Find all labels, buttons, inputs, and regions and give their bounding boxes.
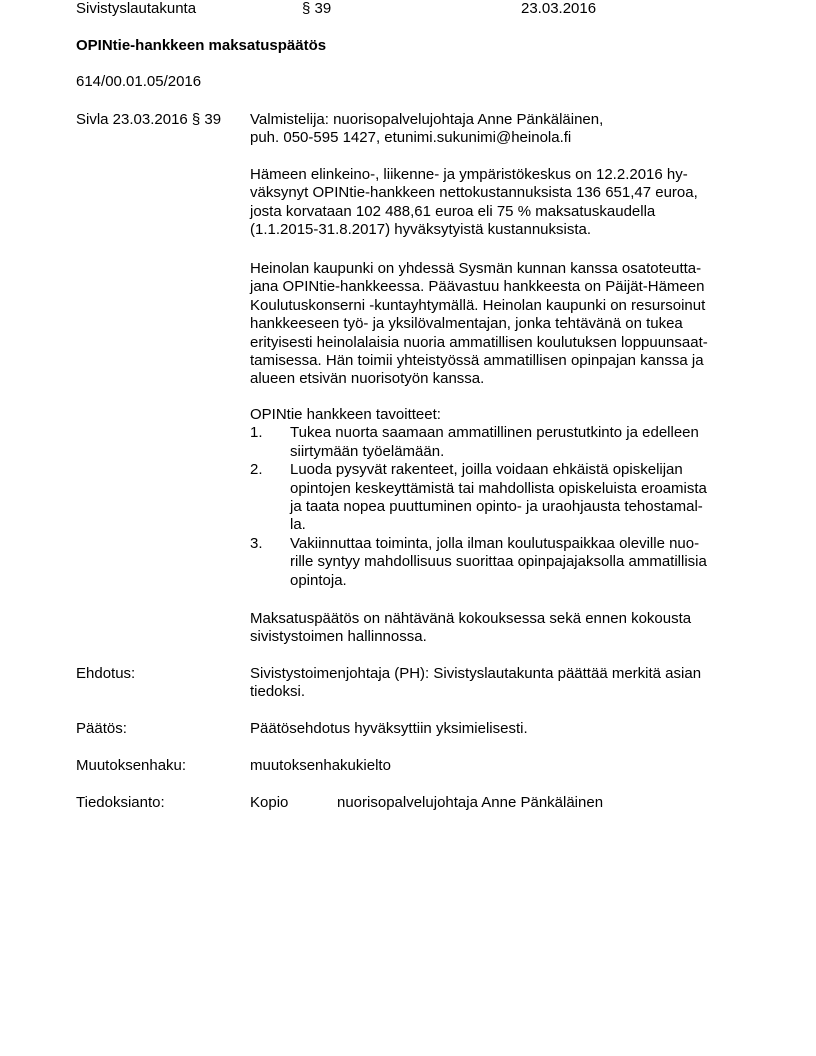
paragraph-availability: Maksatuspäätös on nähtävänä kokouksessa … [250,610,750,647]
proposal-line: tiedoksi. [250,683,750,701]
notification-recipient: nuorisopalvelujohtaja Anne Pänkäläinen [337,794,603,812]
proposal-line: Sivistystoimenjohtaja (PH): Sivistyslaut… [250,665,750,683]
paragraph-line: Hämeen elinkeino-, liikenne- ja ympärist… [250,166,750,184]
meeting-reference: Sivla 23.03.2016 § 39 [76,111,221,129]
paragraph-line: (1.1.2015-31.8.2017) hyväksytyistä kusta… [250,221,750,239]
goal-item: 2. Luoda pysyvät rakenteet, joilla voida… [250,461,750,535]
notification-type: Kopio [250,794,288,812]
record-number: 614/00.01.05/2016 [76,73,201,91]
goal-number: 3. [250,535,263,553]
preparer-info: Valmistelija: nuorisopalvelujohtaja Anne… [250,111,750,148]
paragraph-line: hankkeeseen työ- ja yksilövalmentajan, j… [250,315,750,333]
appeal-value: muutoksenhakukielto [250,757,391,775]
section-number: § 39 [302,0,331,18]
paragraph-line: josta korvataan 102 488,61 euroa eli 75 … [250,203,750,221]
paragraph-line: Heinolan kaupunki on yhdessä Sysmän kunn… [250,260,750,278]
paragraph-line: erityisesti heinolalaisia nuoria ammatil… [250,334,750,352]
goal-line: rille syntyy mahdollisuus suorittaa opin… [290,553,750,571]
decision-label: Päätös: [76,720,127,738]
goal-line: siirtymään työelämään. [290,443,750,461]
goal-line: ja taata nopea puuttuminen opinto- ja ur… [290,498,750,516]
goal-line: opintoja. [290,572,750,590]
meeting-date: 23.03.2016 [521,0,596,18]
goal-number: 1. [250,424,263,442]
proposal-value: Sivistystoimenjohtaja (PH): Sivistyslaut… [250,665,750,702]
goals-section: OPINtie hankkeen tavoitteet: 1. Tukea nu… [250,406,750,590]
paragraph-project-description: Heinolan kaupunki on yhdessä Sysmän kunn… [250,260,750,389]
paragraph-line: alueen etsivän nuorisotyön kanssa. [250,370,750,388]
goal-number: 2. [250,461,263,479]
document-title: OPINtie-hankkeen maksatuspäätös [76,37,326,55]
decision-value: Päätösehdotus hyväksyttiin yksimielisest… [250,720,528,738]
goal-line: Tukea nuorta saamaan ammatillinen perust… [290,424,750,442]
goal-line: opintojen keskeyttämistä tai mahdollista… [290,480,750,498]
goal-line: Vakiinnuttaa toiminta, jolla ilman koulu… [290,535,750,553]
paragraph-line: sivistystoimen hallinnossa. [250,628,750,646]
paragraph-funding: Hämeen elinkeino-, liikenne- ja ympärist… [250,166,750,240]
paragraph-line: Maksatuspäätös on nähtävänä kokouksessa … [250,610,750,628]
appeal-label: Muutoksenhaku: [76,757,186,775]
committee-name: Sivistyslautakunta [76,0,196,18]
paragraph-line: väksynyt OPINtie-hankkeen nettokustannuk… [250,184,750,202]
preparer-line: Valmistelija: nuorisopalvelujohtaja Anne… [250,111,750,129]
paragraph-line: Koulutuskonserni -kuntayhtymällä. Heinol… [250,297,750,315]
goal-item: 3. Vakiinnuttaa toiminta, jolla ilman ko… [250,535,750,590]
goal-line: Luoda pysyvät rakenteet, joilla voidaan … [290,461,750,479]
goals-heading: OPINtie hankkeen tavoitteet: [250,406,750,424]
goal-item: 1. Tukea nuorta saamaan ammatillinen per… [250,424,750,461]
preparer-contact-line: puh. 050-595 1427, etunimi.sukunimi@hein… [250,129,750,147]
proposal-label: Ehdotus: [76,665,135,683]
goal-line: la. [290,516,750,534]
paragraph-line: jana OPINtie-hankkeessa. Päävastuu hankk… [250,278,750,296]
paragraph-line: tamisessa. Hän toimii yhteistyössä ammat… [250,352,750,370]
notification-label: Tiedoksianto: [76,794,165,812]
